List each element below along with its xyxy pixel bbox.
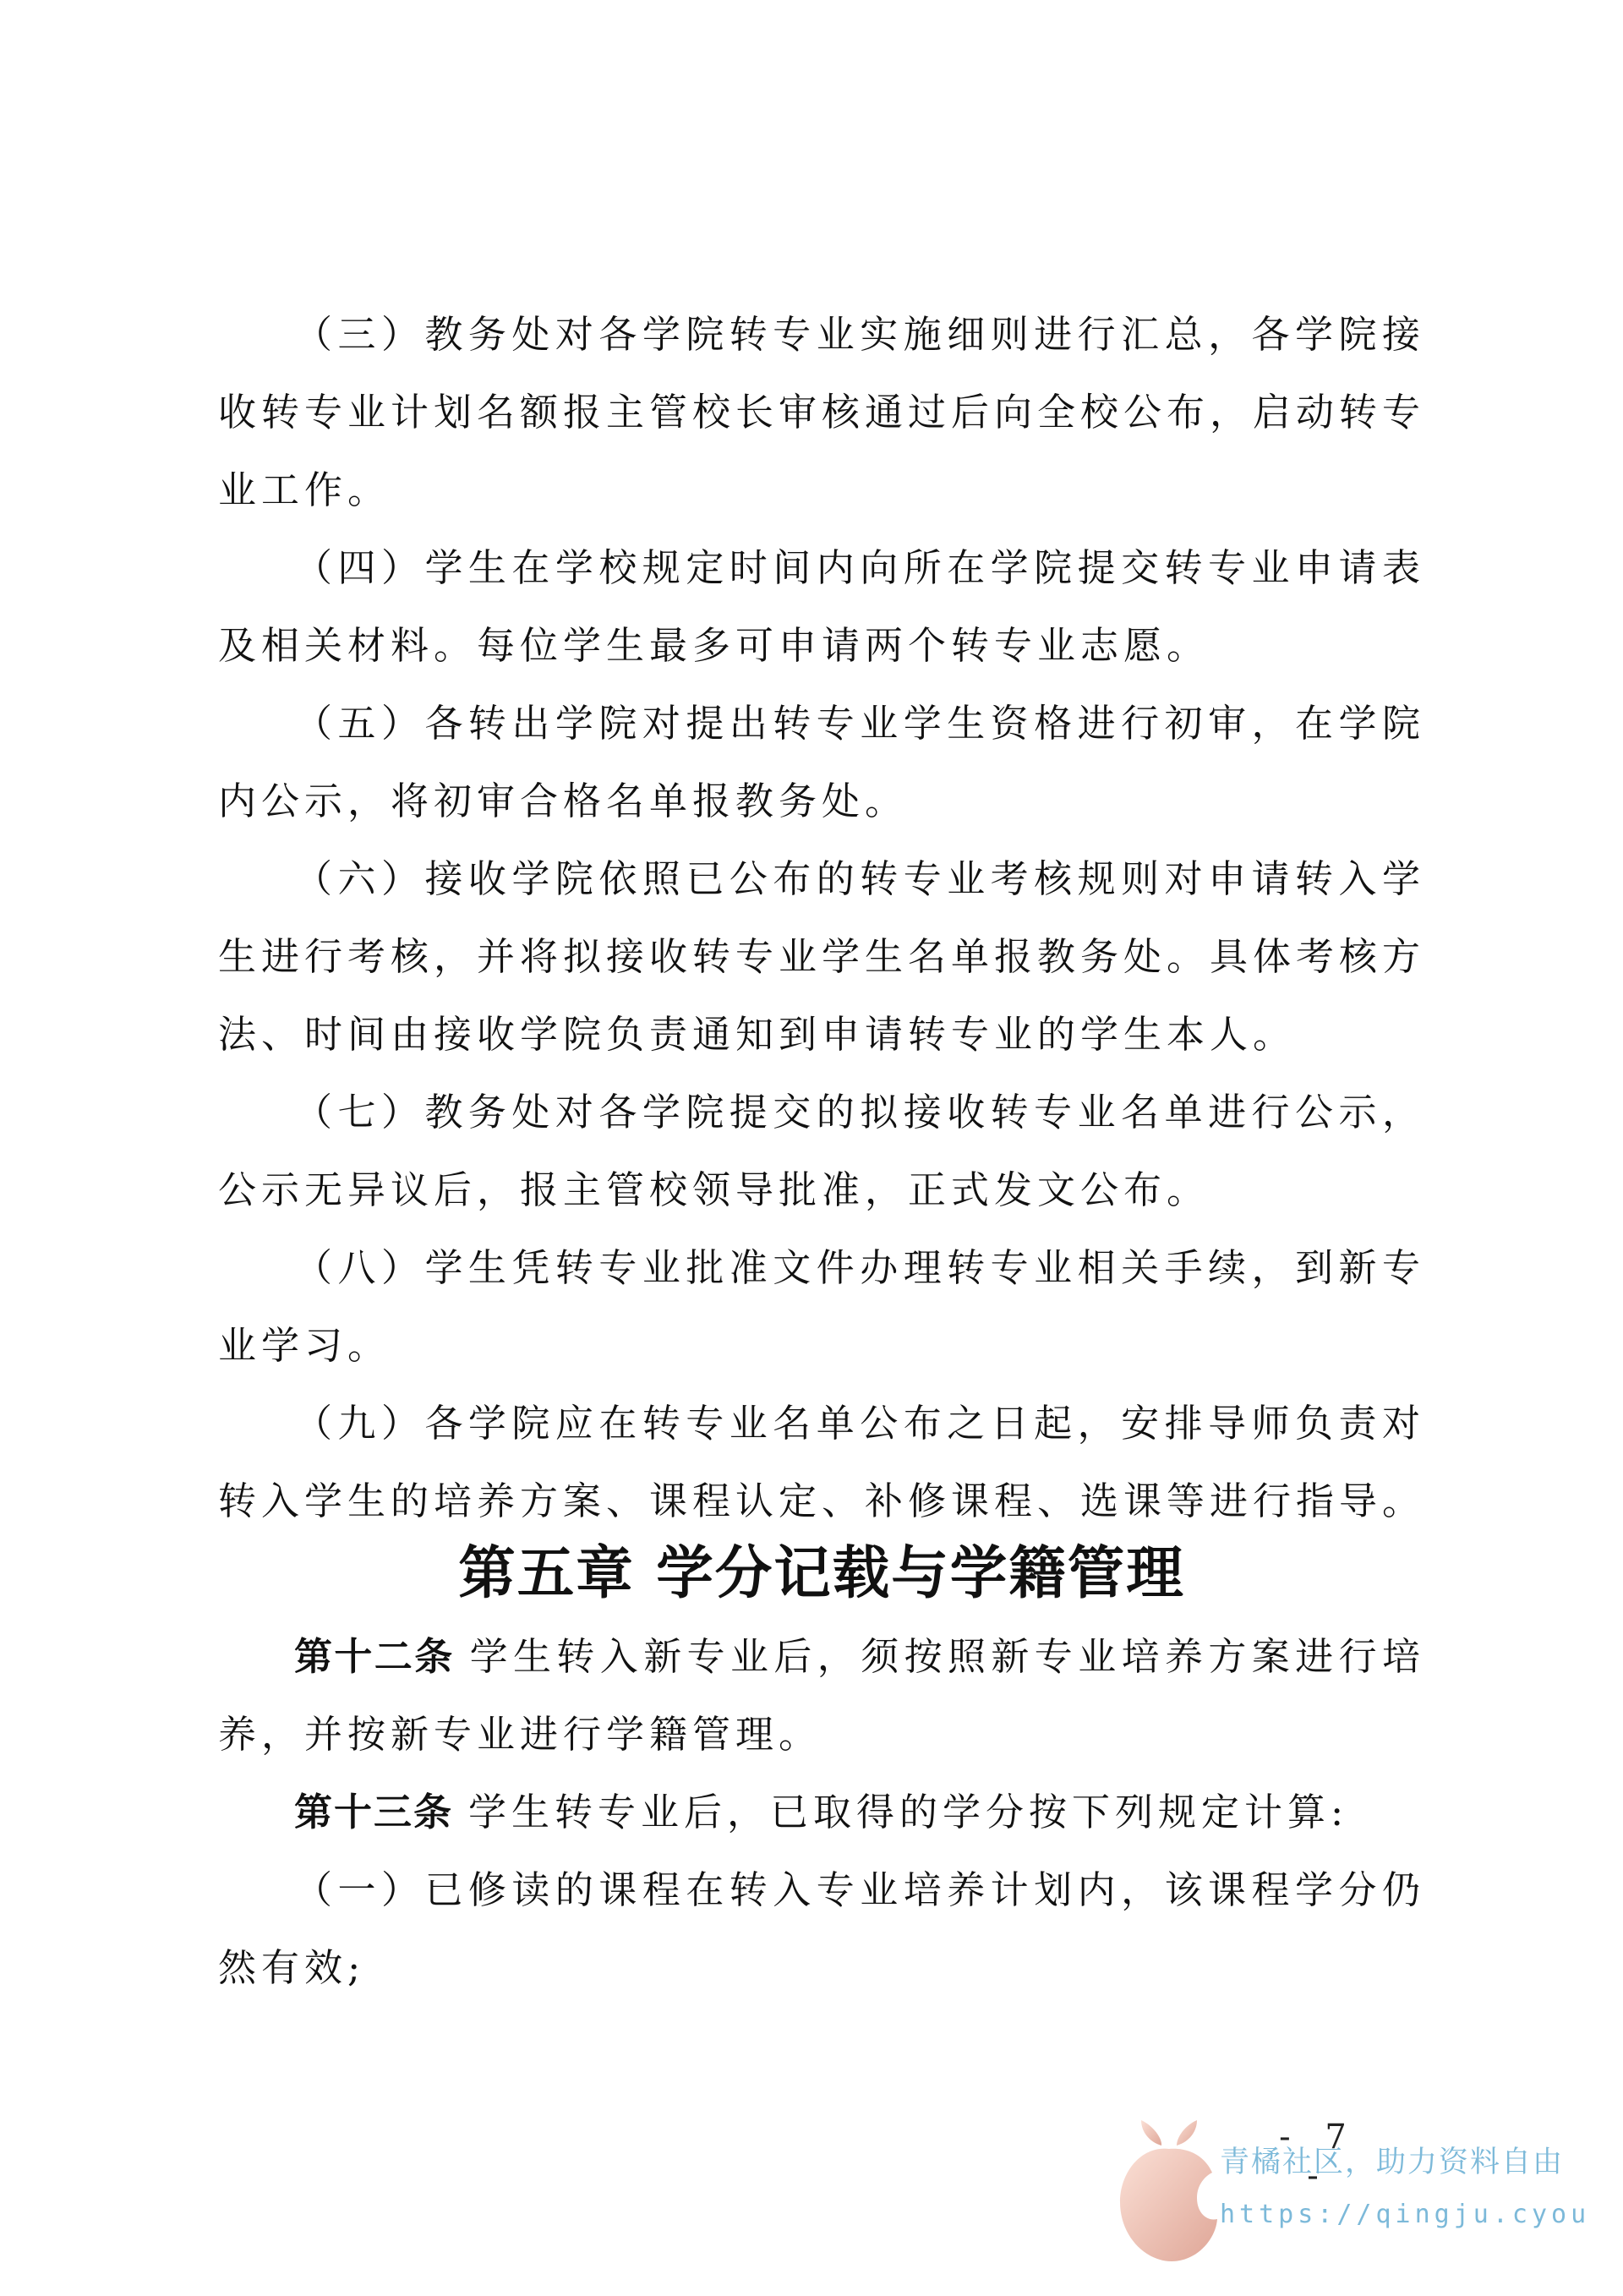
watermark: 青橘社区，助力资料自由 https://qingju.cyou [1099, 2088, 1606, 2274]
paragraph-7: （七）教务处对各学院提交的拟接收转专业名单进行公示，公示无异议后，报主管校领导批… [218, 1074, 1425, 1229]
paragraph-8: （八）学生凭转专业批准文件办理转专业相关手续，到新专业学习。 [218, 1229, 1425, 1385]
document-page: （三）教务处对各学院转专业实施细则进行汇总，各学院接收转专业计划名额报主管校长审… [0, 0, 1623, 2296]
paragraph-4: （四）学生在学校规定时间内向所在学院提交转专业申请表及相关材料。每位学生最多可申… [218, 529, 1425, 685]
paragraph-3: （三）教务处对各学院转专业实施细则进行汇总，各学院接收转专业计划名额报主管校长审… [218, 296, 1425, 529]
paragraph-sub-1: （一）已修读的课程在转入专业培养计划内，该课程学分仍然有效; [218, 1851, 1425, 2007]
watermark-slogan: 青橘社区，助力资料自由 [1220, 2139, 1564, 2181]
article-text: 学生转专业后，已取得的学分按下列规定计算: [468, 1790, 1348, 1834]
article-label: 第十二条 [294, 1634, 455, 1679]
document-body: （三）教务处对各学院转专业实施细则进行汇总，各学院接收转专业计划名额报主管校长审… [218, 296, 1425, 2007]
paragraph-6: （六）接收学院依照已公布的转专业考核规则对申请转入学生进行考核，并将拟接收转专业… [218, 840, 1425, 1074]
article-13: 第十三条学生转专业后，已取得的学分按下列规定计算: [218, 1774, 1425, 1851]
article-12: 第十二条学生转入新专业后，须按照新专业培养方案进行培养，并按新专业进行学籍管理。 [218, 1618, 1425, 1774]
paragraph-5: （五）各转出学院对提出转专业学生资格进行初审，在学院内公示，将初审合格名单报教务… [218, 685, 1425, 840]
watermark-url: https://qingju.cyou [1220, 2200, 1590, 2229]
paragraph-9: （九）各学院应在转专业名单公布之日起，安排导师负责对转入学生的培养方案、课程认定… [218, 1385, 1425, 1540]
peach-icon [1116, 2113, 1226, 2266]
article-label: 第十三条 [294, 1790, 453, 1834]
chapter-title: 第五章 学分记载与学籍管理 [218, 1540, 1425, 1618]
